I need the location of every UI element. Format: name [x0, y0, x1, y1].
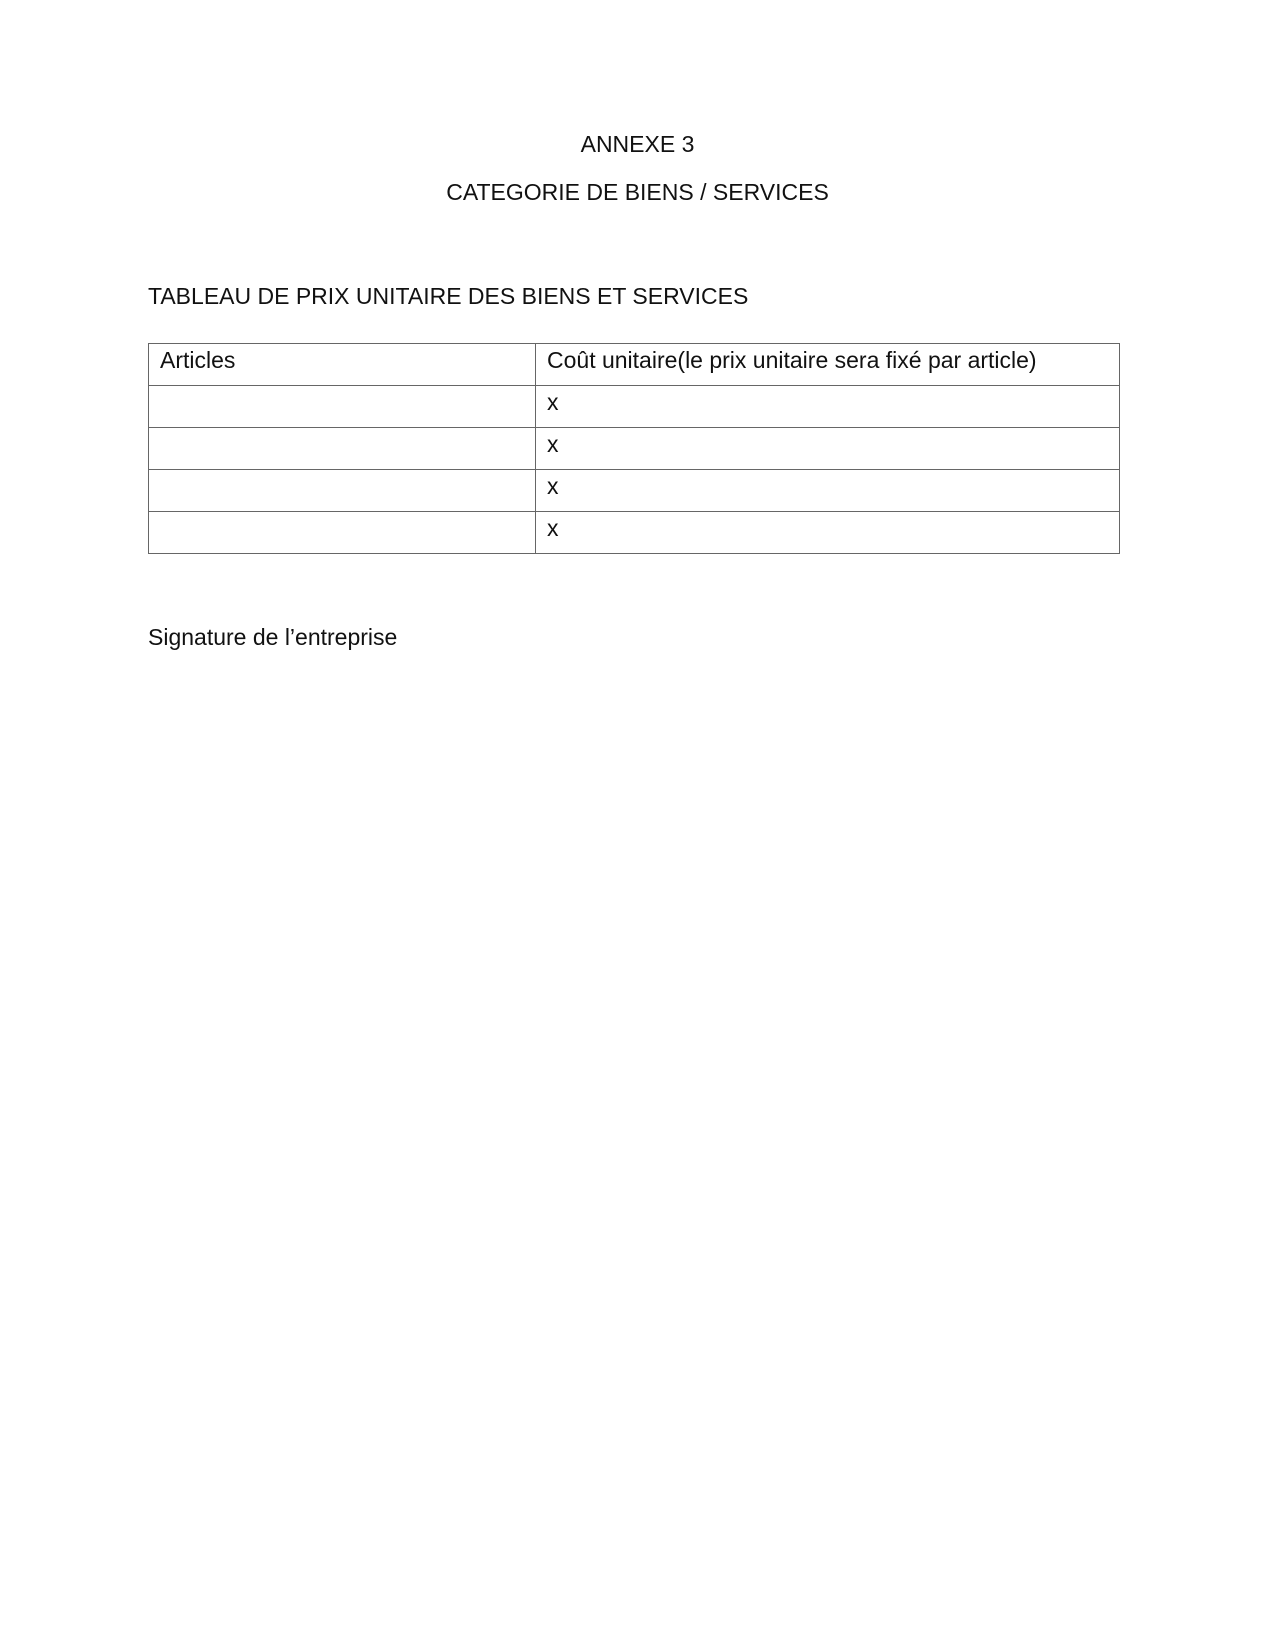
unit-cost-cell: x: [536, 470, 1120, 512]
table-row: x: [149, 428, 1120, 470]
article-cell: [149, 512, 536, 554]
header-unit-cost: Coût unitaire(le prix unitaire sera fixé…: [536, 344, 1120, 386]
unit-cost-cell: x: [536, 428, 1120, 470]
table-row: x: [149, 386, 1120, 428]
article-cell: [149, 386, 536, 428]
table-heading: TABLEAU DE PRIX UNITAIRE DES BIENS ET SE…: [148, 283, 748, 310]
table-row: x: [149, 470, 1120, 512]
article-cell: [149, 470, 536, 512]
article-cell: [149, 428, 536, 470]
table-header-row: Articles Coût unitaire(le prix unitaire …: [149, 344, 1120, 386]
unit-price-table: Articles Coût unitaire(le prix unitaire …: [148, 343, 1120, 554]
table-row: x: [149, 512, 1120, 554]
unit-cost-cell: x: [536, 512, 1120, 554]
category-subtitle: CATEGORIE DE BIENS / SERVICES: [0, 179, 1275, 206]
header-articles: Articles: [149, 344, 536, 386]
signature-label: Signature de l’entreprise: [148, 624, 397, 651]
annex-title: ANNEXE 3: [0, 131, 1275, 158]
unit-cost-cell: x: [536, 386, 1120, 428]
